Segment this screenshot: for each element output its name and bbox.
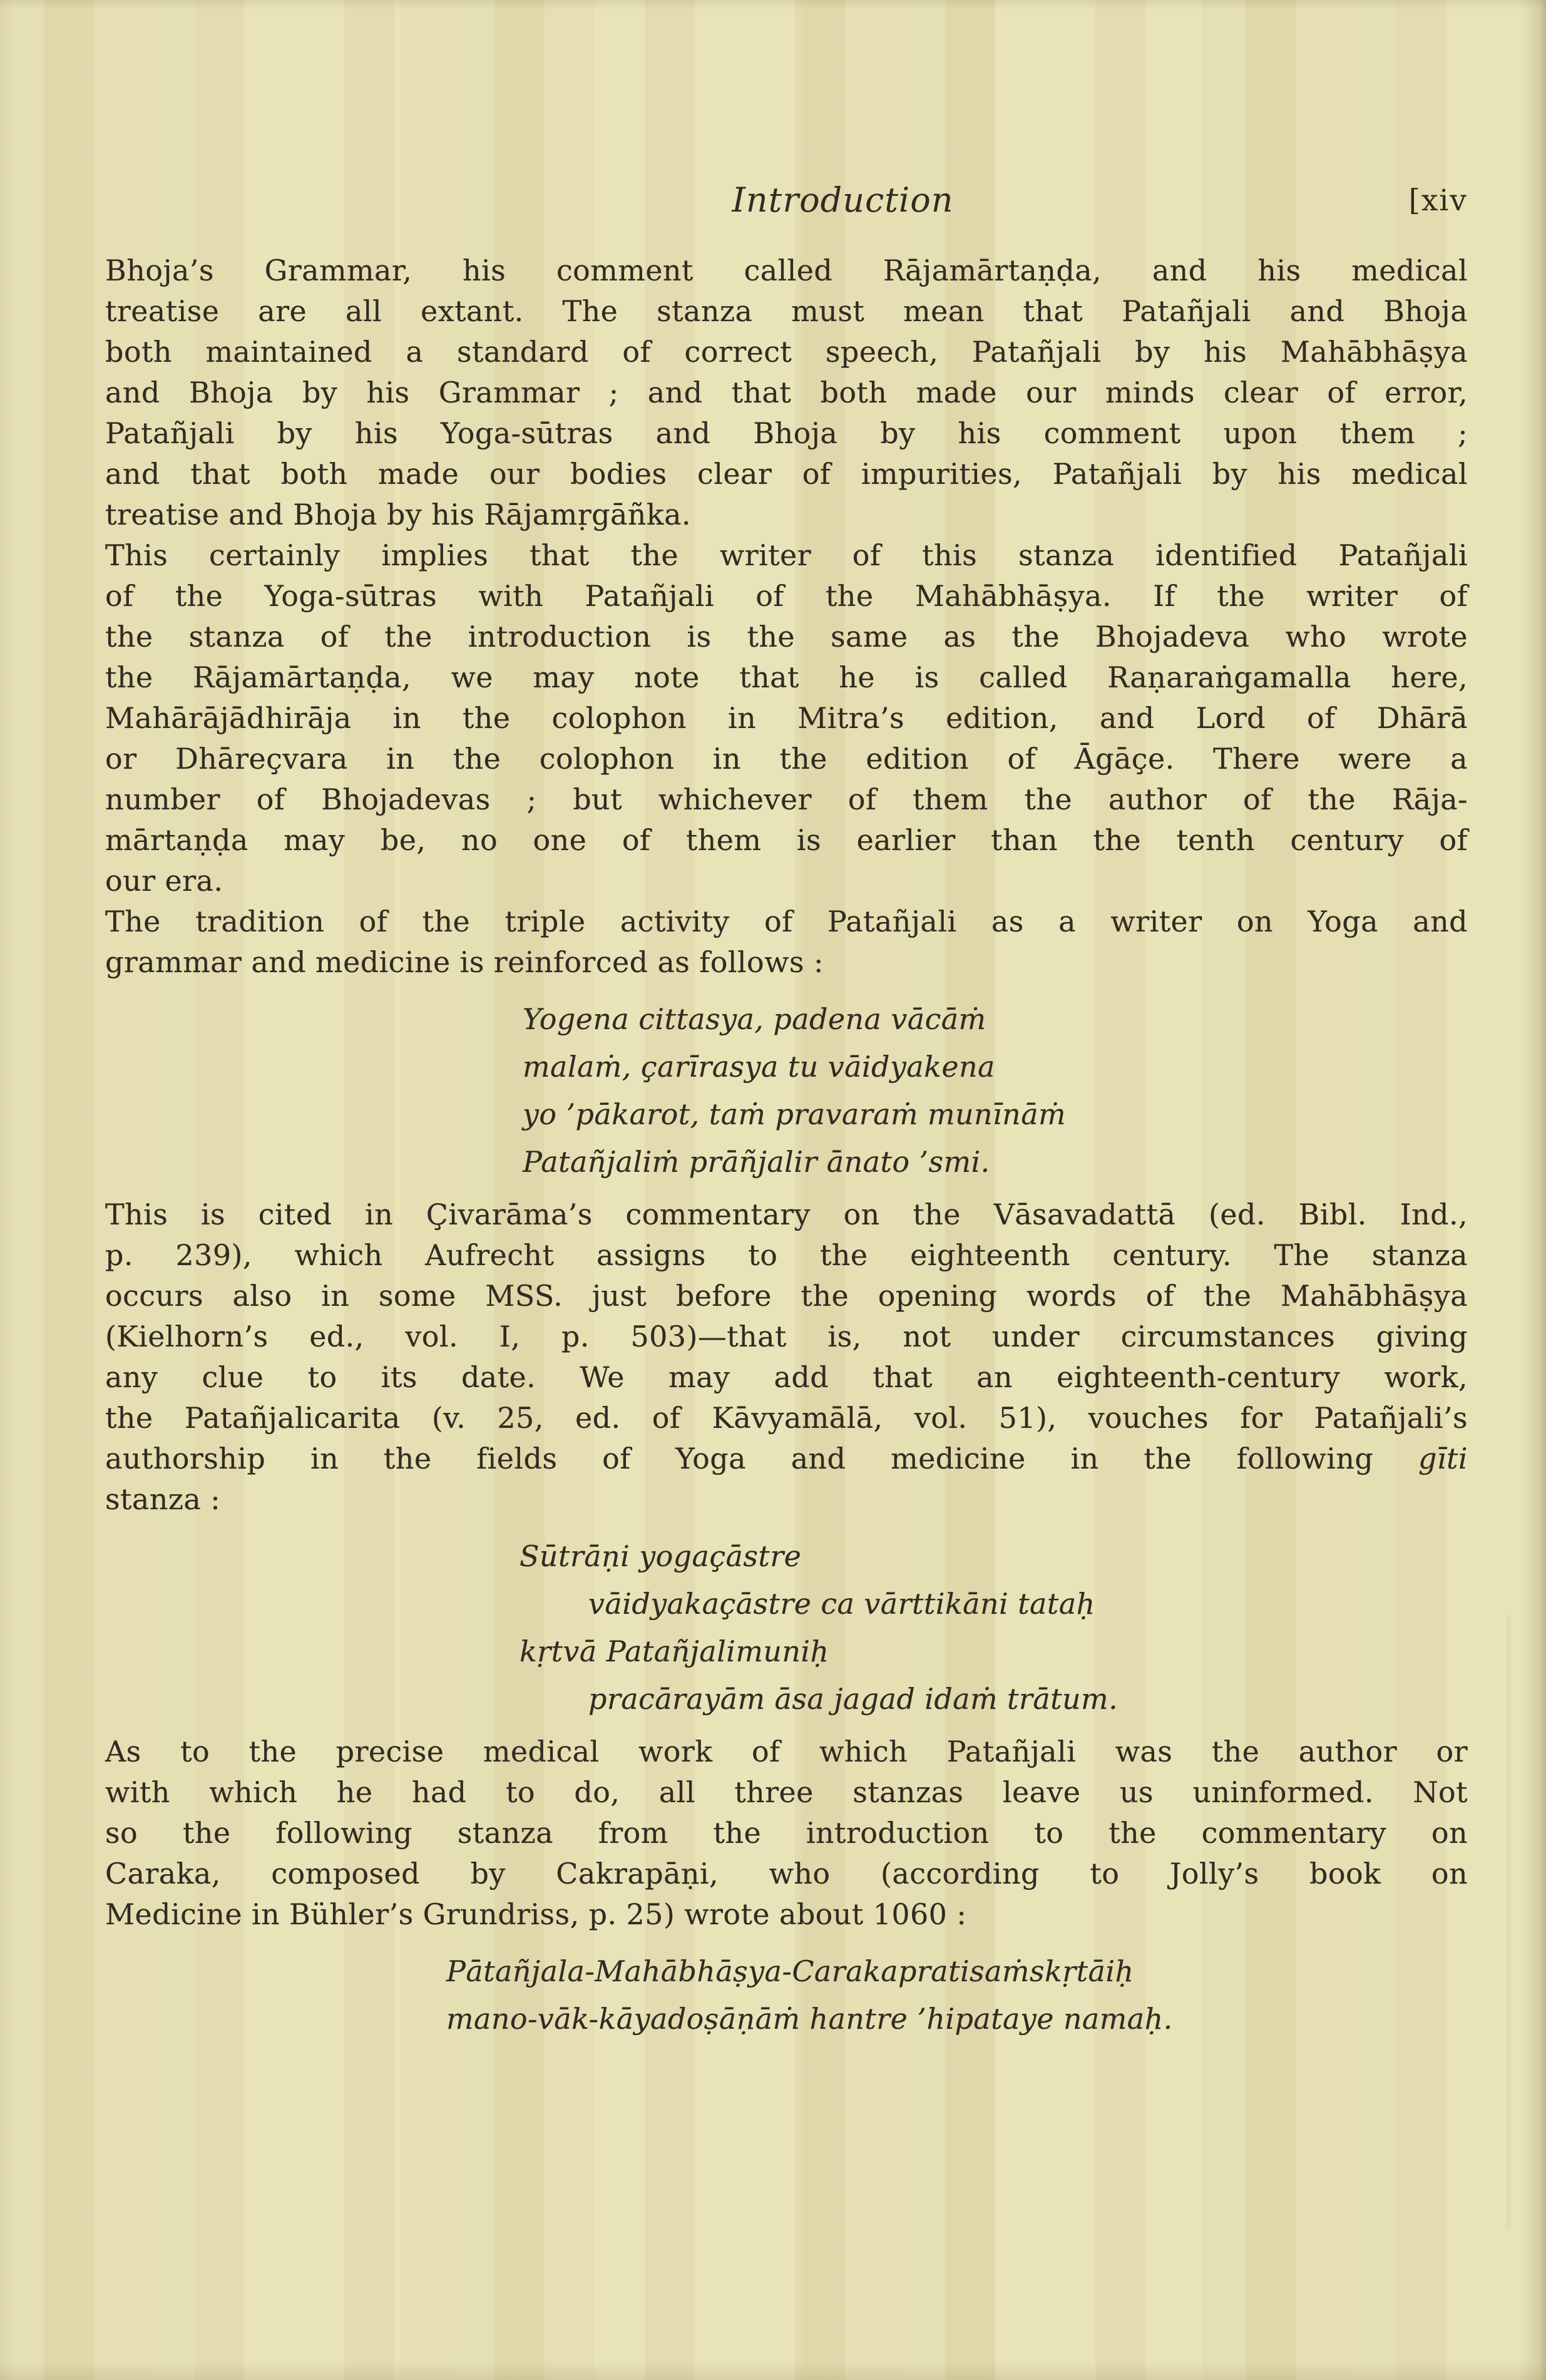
paragraph: Bhoja’s Grammar, his comment called Rāja… <box>105 250 1468 535</box>
paragraph: This is cited in Çivarāma’s commentary o… <box>105 1194 1468 1520</box>
text-run: authorship in the fields of Yoga and med… <box>105 1442 1418 1475</box>
text-line: The tradition of the triple activity of … <box>105 901 1468 942</box>
text-run: malaṁ, çarīrasya tu vāidyakena <box>523 1050 995 1084</box>
verse-line: kṛtvā Patañjalimuniḥ <box>105 1628 1468 1675</box>
text-run: Patañjaliṁ prāñjalir ānato ’smi. <box>523 1145 990 1179</box>
text-run: Yogena cittasya, padena vācāṁ <box>523 1002 986 1036</box>
text-run: any clue to its date. We may add that an… <box>105 1360 1468 1394</box>
text-line: authorship in the fields of Yoga and med… <box>105 1439 1468 1479</box>
text-line: and Bhoja by his Grammar ; and that both… <box>105 372 1468 413</box>
text-line: and that both made our bodies clear of i… <box>105 454 1468 495</box>
paragraph: As to the precise medical work of which … <box>105 1731 1468 1935</box>
text-line: mārtaṇḍa may be, no one of them is earli… <box>105 820 1468 861</box>
text-line: the Patañjalicarita (v. 25, ed. of Kāvya… <box>105 1398 1468 1439</box>
text-line: any clue to its date. We may add that an… <box>105 1357 1468 1398</box>
text-line: of the Yoga-sūtras with Patañjali of the… <box>105 576 1468 617</box>
page-edge-shadow-right <box>1520 0 1546 2380</box>
book-page-scan: Introduction [xiv Bhoja’s Grammar, his c… <box>0 0 1546 2380</box>
text-line: with which he had to do, all three stanz… <box>105 1772 1468 1813</box>
text-run: or Dhāreçvara in the colophon in the edi… <box>105 742 1468 776</box>
text-run: Medicine in Bühler’s Grundriss, p. 25) w… <box>105 1897 966 1931</box>
text-run: Patañjali by his Yoga-sūtras and Bhoja b… <box>105 416 1468 450</box>
page-header: Introduction [xiv <box>105 180 1468 230</box>
text-run: pracārayām āsa jagad idaṁ trātum. <box>588 1682 1118 1716</box>
text-run: so the following stanza from the introdu… <box>105 1816 1468 1850</box>
text-run: Pātañjala-Mahābhāṣya-Carakapratisaṁskṛtā… <box>446 1954 1134 1988</box>
text-run: This is cited in Çivarāma’s commentary o… <box>105 1198 1468 1231</box>
verse-line: yo ’pākarot, taṁ pravaraṁ munīnāṁ <box>105 1090 1468 1138</box>
text-run: mano-vāk-kāyadoṣāṇāṁ hantre ’hipataye na… <box>446 2002 1173 2036</box>
verse-line: pracārayām āsa jagad idaṁ trātum. <box>105 1675 1468 1723</box>
text-line: Caraka, composed by Cakrapāṇi, who (acco… <box>105 1854 1468 1894</box>
text-run: This certainly implies that the writer o… <box>105 538 1468 572</box>
verse-line: Pātañjala-Mahābhāṣya-Carakapratisaṁskṛtā… <box>105 1947 1468 1995</box>
text-run: (Kielhorn’s ed., vol. I, p. 503)—that is… <box>105 1320 1468 1353</box>
text-line: stanza : <box>105 1479 1468 1520</box>
text-run: Caraka, composed by Cakrapāṇi, who (acco… <box>105 1857 1468 1890</box>
text-run: As to the precise medical work of which … <box>105 1735 1468 1768</box>
text-run: number of Bhojadevas ; but whichever of … <box>105 782 1468 816</box>
page-edge-shadow-bottom <box>0 2361 1546 2380</box>
text-line: treatise and Bhoja by his Rājamṛgāñka. <box>105 495 1468 535</box>
text-run: Bhoja’s Grammar, his comment called Rāja… <box>105 254 1468 287</box>
verse-line: Patañjaliṁ prāñjalir ānato ’smi. <box>105 1138 1468 1186</box>
text-run: and Bhoja by his Grammar ; and that both… <box>105 376 1468 409</box>
text-line: p. 239), which Aufrecht assigns to the e… <box>105 1235 1468 1276</box>
text-run: our era. <box>105 864 223 898</box>
verse-stanza: Pātañjala-Mahābhāṣya-Carakapratisaṁskṛtā… <box>105 1947 1468 2043</box>
text-line: our era. <box>105 861 1468 901</box>
text-line: This certainly implies that the writer o… <box>105 535 1468 576</box>
text-line: Mahārājādhirāja in the colophon in Mitra… <box>105 698 1468 739</box>
text-run: the Patañjalicarita (v. 25, ed. of Kāvya… <box>105 1401 1468 1435</box>
text-line: the Rājamārtaṇḍa, we may note that he is… <box>105 657 1468 698</box>
text-run: p. 239), which Aufrecht assigns to the e… <box>105 1238 1468 1272</box>
verse-stanza: Sūtrāṇi yogaçāstrevāidyakaçāstre ca vārt… <box>105 1532 1468 1723</box>
text-run: both maintained a standard of correct sp… <box>105 335 1468 369</box>
text-run: The tradition of the triple activity of … <box>105 905 1468 938</box>
text-line: number of Bhojadevas ; but whichever of … <box>105 779 1468 820</box>
text-run: kṛtvā Patañjalimuniḥ <box>520 1634 829 1668</box>
text-run: treatise are all extant. The stanza must… <box>105 294 1468 328</box>
text-line: or Dhāreçvara in the colophon in the edi… <box>105 739 1468 779</box>
text-line: the stanza of the introduction is the sa… <box>105 617 1468 657</box>
page-edge-shadow-left <box>0 0 13 2380</box>
text-line: occurs also in some MSS. just before the… <box>105 1276 1468 1316</box>
page-body: Bhoja’s Grammar, his comment called Rāja… <box>105 250 1468 2051</box>
text-line: Medicine in Bühler’s Grundriss, p. 25) w… <box>105 1894 1468 1935</box>
text-line: treatise are all extant. The stanza must… <box>105 291 1468 332</box>
paragraph: The tradition of the triple activity of … <box>105 901 1468 983</box>
text-run: vāidyakaçāstre ca vārttikāni tataḥ <box>588 1587 1095 1621</box>
verse-line: Sūtrāṇi yogaçāstre <box>105 1532 1468 1580</box>
text-run: with which he had to do, all three stanz… <box>105 1775 1468 1809</box>
text-line: As to the precise medical work of which … <box>105 1731 1468 1772</box>
page-number: [xiv <box>1409 183 1468 218</box>
verse-line: Yogena cittasya, padena vācāṁ <box>105 995 1468 1043</box>
text-line: Bhoja’s Grammar, his comment called Rāja… <box>105 250 1468 291</box>
text-run: Mahārājādhirāja in the colophon in Mitra… <box>105 701 1468 735</box>
verse-line: mano-vāk-kāyadoṣāṇāṁ hantre ’hipataye na… <box>105 1995 1468 2043</box>
text-run: treatise and Bhoja by his Rājamṛgāñka. <box>105 498 691 531</box>
text-line: This is cited in Çivarāma’s commentary o… <box>105 1194 1468 1235</box>
text-run: the stanza of the introduction is the sa… <box>105 620 1468 654</box>
verse-stanza: Yogena cittasya, padena vācāṁmalaṁ, çarī… <box>105 995 1468 1186</box>
text-run: the Rājamārtaṇḍa, we may note that he is… <box>105 660 1468 694</box>
text-run: mārtaṇḍa may be, no one of them is earli… <box>105 823 1468 857</box>
text-run: grammar and medicine is reinforced as fo… <box>105 945 824 979</box>
running-title: Introduction <box>732 180 954 220</box>
verse-line: vāidyakaçāstre ca vārttikāni tataḥ <box>105 1580 1468 1628</box>
text-run: yo ’pākarot, taṁ pravaraṁ munīnāṁ <box>523 1097 1066 1131</box>
text-line: (Kielhorn’s ed., vol. I, p. 503)—that is… <box>105 1316 1468 1357</box>
text-run: stanza : <box>105 1482 220 1516</box>
text-line: Patañjali by his Yoga-sūtras and Bhoja b… <box>105 413 1468 454</box>
verse-line: malaṁ, çarīrasya tu vāidyakena <box>105 1043 1468 1090</box>
text-run: occurs also in some MSS. just before the… <box>105 1279 1468 1313</box>
text-line: both maintained a standard of correct sp… <box>105 332 1468 372</box>
text-line: grammar and medicine is reinforced as fo… <box>105 942 1468 983</box>
page-crease-line <box>1507 1615 1510 2229</box>
italic-term: gīti <box>1418 1442 1468 1475</box>
page-edge-shadow-top <box>0 0 1546 10</box>
text-run: and that both made our bodies clear of i… <box>105 457 1468 491</box>
text-run: of the Yoga-sūtras with Patañjali of the… <box>105 579 1468 613</box>
text-line: so the following stanza from the introdu… <box>105 1813 1468 1854</box>
text-run: Sūtrāṇi yogaçāstre <box>520 1539 801 1573</box>
paragraph: This certainly implies that the writer o… <box>105 535 1468 901</box>
